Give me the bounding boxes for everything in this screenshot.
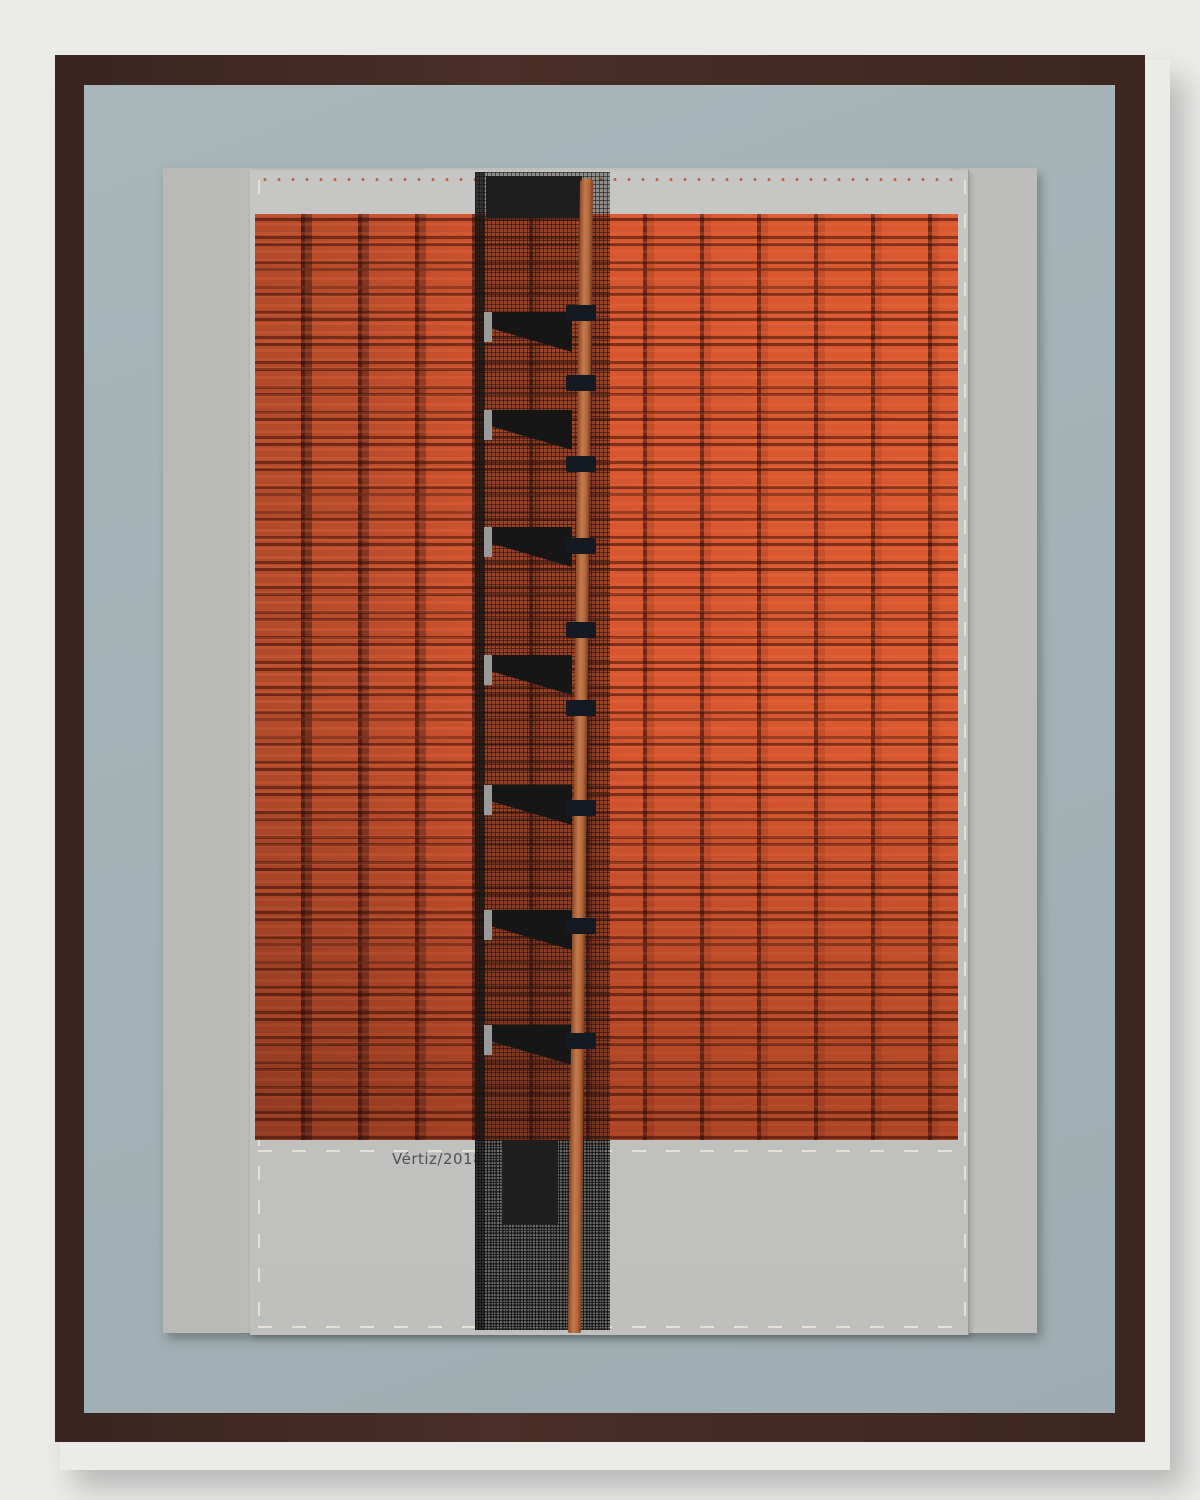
bottom-stitch-line (258, 1326, 964, 1328)
gauze-gray-fold (484, 1025, 492, 1055)
black-tie (566, 800, 596, 816)
gauze-gray-fold (484, 312, 492, 342)
right-stitch-line (964, 180, 966, 1330)
gauze-gray-fold (484, 785, 492, 815)
gauze-gray-fold (484, 410, 492, 440)
gauze-gray-fold (484, 910, 492, 940)
black-tie (566, 918, 596, 934)
middle-stitch-line (258, 1150, 964, 1152)
top-stitch-dots (262, 178, 962, 181)
black-tie (566, 1033, 596, 1049)
black-tie (566, 538, 596, 554)
black-tie (566, 305, 596, 321)
black-tie (566, 700, 596, 716)
black-tie (566, 622, 596, 638)
black-tie (566, 456, 596, 472)
gauze-bottom-block (502, 1140, 558, 1225)
gauze-gray-fold (484, 655, 492, 685)
gauze-top-block (486, 176, 582, 218)
artist-signature: Vértiz/2018 (392, 1150, 483, 1168)
black-tie (566, 375, 596, 391)
gauze-gray-fold (484, 527, 492, 557)
